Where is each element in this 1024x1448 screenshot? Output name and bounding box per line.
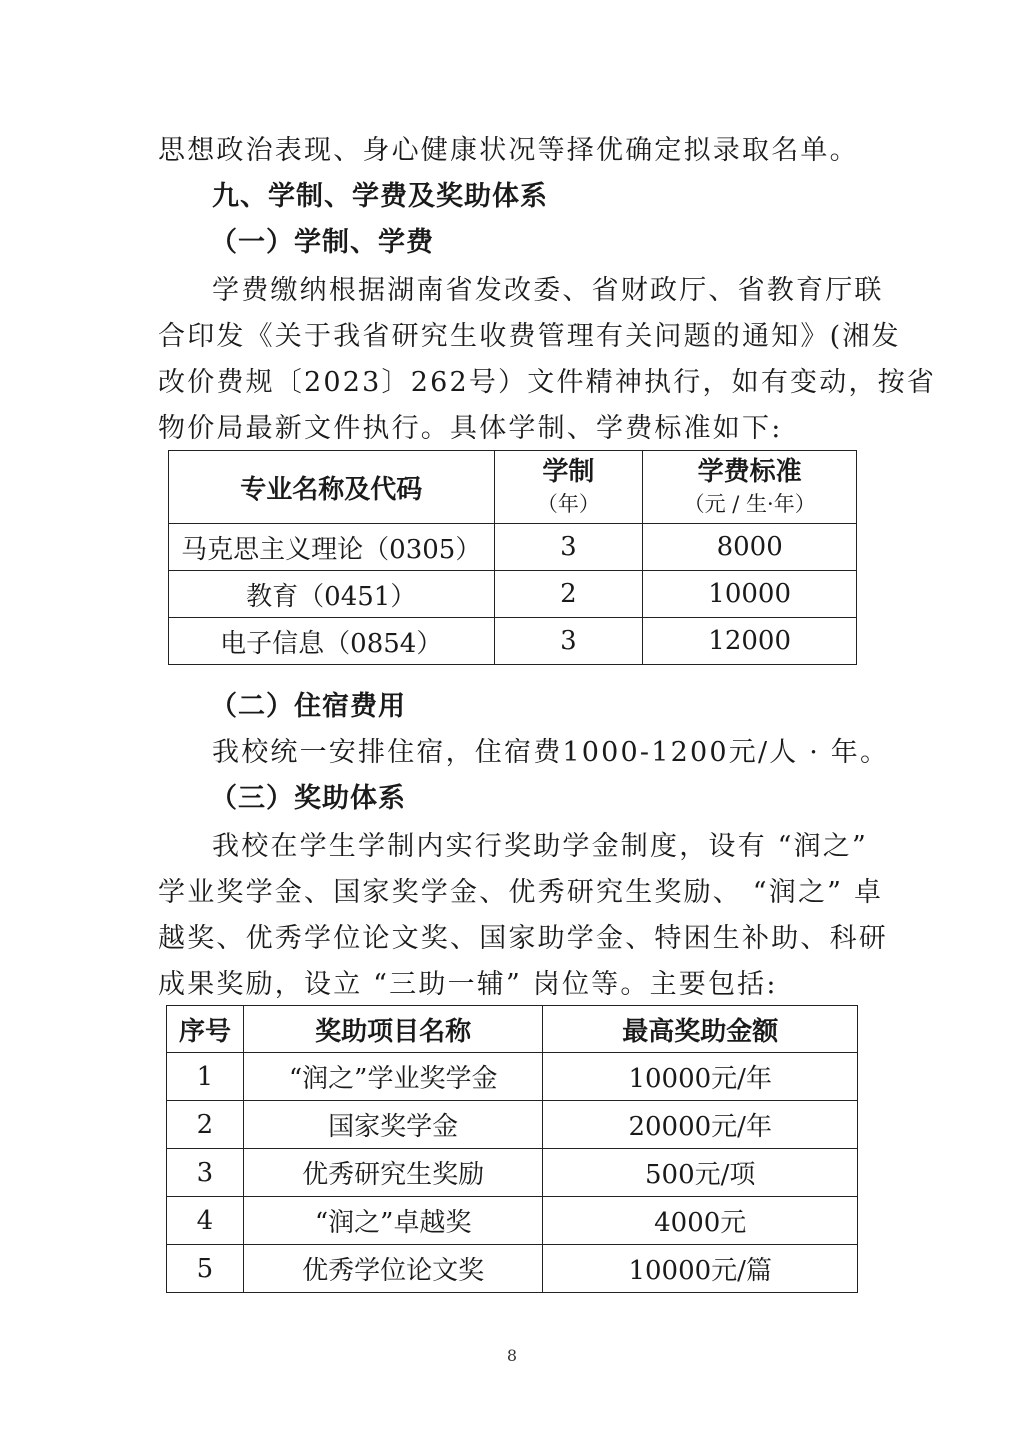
section-heading-9: 九、学制、学费及奖助体系 (212, 174, 870, 220)
paragraph-awards-line-1: 我校在学生学制内实行奖助学金制度，设有 “润之” (212, 824, 870, 870)
cell-fee: 8000 (643, 524, 857, 571)
cell-index: 1 (167, 1053, 244, 1101)
paragraph-accommodation: 我校统一安排住宿，住宿费1000-1200元/人 · 年。 (212, 730, 870, 776)
header-fee-unit: （元 / 生·年） (643, 489, 856, 519)
table-header-row: 专业名称及代码 学制 （年） 学费标准 （元 / 生·年） (169, 451, 857, 524)
header-index: 序号 (167, 1006, 244, 1053)
table-row: 2 国家奖学金 20000元/年 (167, 1101, 858, 1149)
header-major: 专业名称及代码 (169, 451, 495, 524)
paragraph-fee-line-1: 学费缴纳根据湖南省发改委、省财政厅、省教育厅联 (212, 268, 870, 314)
header-duration-unit: （年） (495, 489, 643, 519)
cell-award-amount: 10000元/篇 (543, 1245, 858, 1293)
table-row: 电子信息（0854） 3 12000 (169, 618, 857, 665)
awards-table: 序号 奖助项目名称 最高奖助金额 1 “润之”学业奖学金 10000元/年 2 … (166, 1005, 858, 1293)
cell-award-name: 国家奖学金 (243, 1101, 543, 1149)
header-fee: 学费标准 （元 / 生·年） (643, 451, 857, 524)
paragraph-fee-line-3: 改价费规〔2023〕262号）文件精神执行，如有变动，按省 (158, 360, 870, 406)
paragraph-awards-line-2: 学业奖学金、国家奖学金、优秀研究生奖励、 “润之” 卓 (158, 870, 870, 916)
table-row: 3 优秀研究生奖励 500元/项 (167, 1149, 858, 1197)
cell-fee: 10000 (643, 571, 857, 618)
table-row: 5 优秀学位论文奖 10000元/篇 (167, 1245, 858, 1293)
cell-major: 电子信息（0854） (169, 618, 495, 665)
cell-duration: 3 (494, 618, 643, 665)
cell-duration: 2 (494, 571, 643, 618)
header-award-amount: 最高奖助金额 (543, 1006, 858, 1053)
header-award-name: 奖助项目名称 (243, 1006, 543, 1053)
table-row: 教育（0451） 2 10000 (169, 571, 857, 618)
table-row: 马克思主义理论（0305） 3 8000 (169, 524, 857, 571)
cell-duration: 3 (494, 524, 643, 571)
cell-award-name: “润之”学业奖学金 (243, 1053, 543, 1101)
cell-index: 3 (167, 1149, 244, 1197)
page-number: 8 (0, 1346, 1024, 1365)
cell-award-amount: 4000元 (543, 1197, 858, 1245)
paragraph-fee-line-4: 物价局最新文件执行。具体学制、学费标准如下: (158, 406, 870, 452)
document-page: 思想政治表现、身心健康状况等择优确定拟录取名单。 九、学制、学费及奖助体系 （一… (0, 0, 1024, 1448)
paragraph-awards-line-3: 越奖、优秀学位论文奖、国家助学金、特困生补助、科研 (158, 916, 870, 962)
cell-index: 2 (167, 1101, 244, 1149)
cell-award-name: 优秀学位论文奖 (243, 1245, 543, 1293)
table-row: 4 “润之”卓越奖 4000元 (167, 1197, 858, 1245)
table-row: 1 “润之”学业奖学金 10000元/年 (167, 1053, 858, 1101)
cell-fee: 12000 (643, 618, 857, 665)
cell-award-name: “润之”卓越奖 (243, 1197, 543, 1245)
cell-major: 马克思主义理论（0305） (169, 524, 495, 571)
cell-award-amount: 20000元/年 (543, 1101, 858, 1149)
header-duration: 学制 （年） (494, 451, 643, 524)
cell-major: 教育（0451） (169, 571, 495, 618)
cell-award-name: 优秀研究生奖励 (243, 1149, 543, 1197)
subsection-heading-duration-fees: （一）学制、学费 (210, 220, 922, 266)
table-header-row: 序号 奖助项目名称 最高奖助金额 (167, 1006, 858, 1053)
paragraph-fee-line-2: 合印发《关于我省研究生收费管理有关问题的通知》(湘发 (158, 314, 870, 360)
header-fee-label: 学费标准 (643, 455, 856, 489)
cell-award-amount: 10000元/年 (543, 1053, 858, 1101)
cell-award-amount: 500元/项 (543, 1149, 858, 1197)
subsection-heading-accommodation: （二）住宿费用 (210, 684, 922, 730)
paragraph-selection-criteria: 思想政治表现、身心健康状况等择优确定拟录取名单。 (158, 128, 870, 174)
tuition-fee-table: 专业名称及代码 学制 （年） 学费标准 （元 / 生·年） 马克思主义理论（03… (168, 450, 857, 665)
cell-index: 5 (167, 1245, 244, 1293)
subsection-heading-awards: （三）奖助体系 (210, 776, 922, 822)
header-duration-label: 学制 (495, 455, 643, 489)
paragraph-awards-line-4: 成果奖励，设立 “三助一辅” 岗位等。主要包括: (158, 962, 870, 1008)
cell-index: 4 (167, 1197, 244, 1245)
